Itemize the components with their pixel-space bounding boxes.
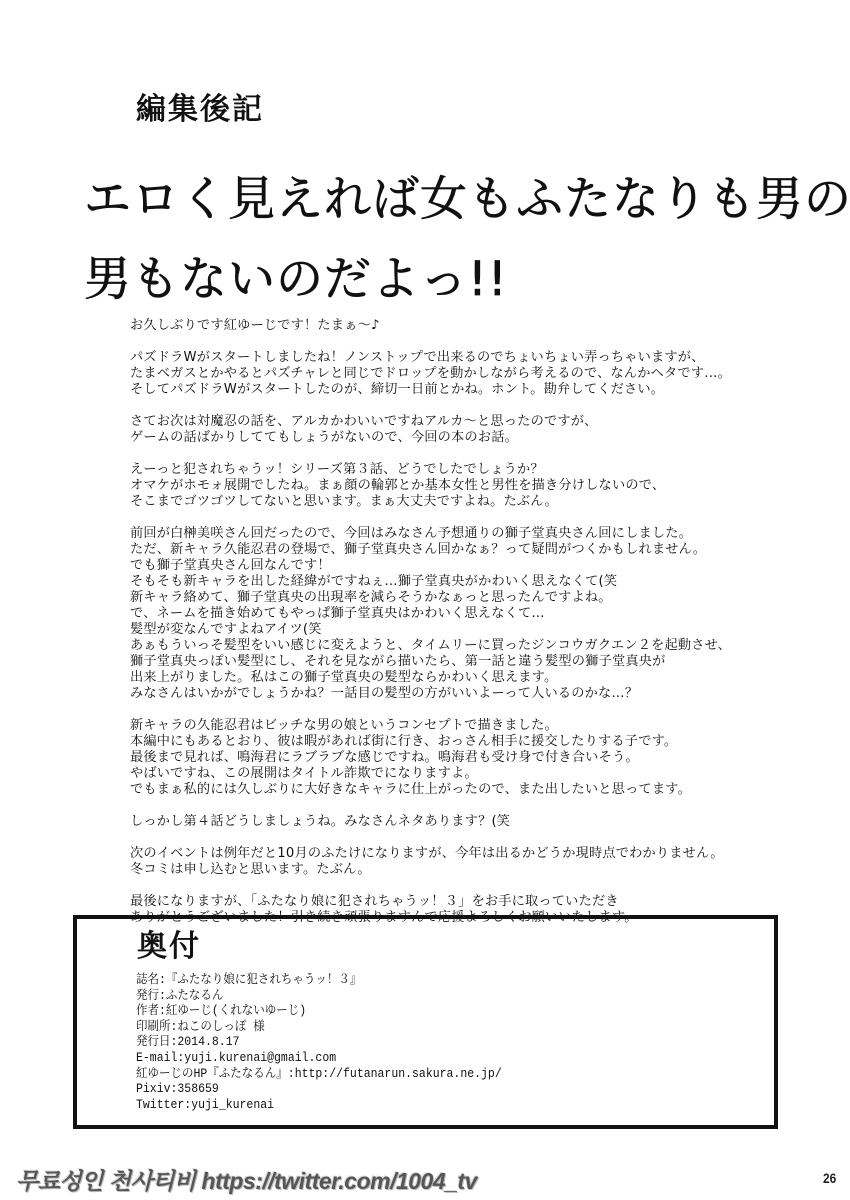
paragraph-new-character: 新キャラの久能忍君はビッチな男の娘というコンセプトで描きました。 本編中にもある… bbox=[130, 718, 810, 798]
text-line: さてお次は対魔忍の話を、アルカかわいいですねアルカ～と思ったのですが、 bbox=[130, 414, 810, 430]
afterword-heading: 編集後記 bbox=[136, 92, 264, 128]
text-line: やばいですね、この展開はタイトル詐欺でになりますよ。 bbox=[130, 766, 810, 782]
paragraph-event: 次のイベントは例年だと10月のふたけになりますが、今年は出るかどうか現時点でわか… bbox=[130, 846, 810, 878]
watermark-text: 무료성인 천사티비 https://twitter.com/1004_tv bbox=[16, 1163, 477, 1196]
text-line: お久しぶりです紅ゆーじです！たまぁ～♪ bbox=[130, 318, 810, 334]
afterword-body: お久しぶりです紅ゆーじです！たまぁ～♪ パズドラWがスタートしましたね！ノンスト… bbox=[130, 318, 810, 942]
text-line: ただ、新キャラ久能忍君の登場で、獅子堂真央さん回かなぁ？って疑問がつくかもしれま… bbox=[130, 542, 810, 558]
text-line: えーっと犯されちゃうッ！シリーズ第３話、どうでしたでしょうか？ bbox=[130, 462, 810, 478]
text-line: そしてパズドラWがスタートしたのが、締切一日前とかね。ホント。勘弁してください。 bbox=[130, 382, 810, 398]
text-line: そもそも新キャラを出した経緯がですねぇ…獅子堂真央がかわいく思えなくて(笑 bbox=[130, 574, 810, 590]
text-line: パズドラWがスタートしましたね！ノンストップで出来るのでちょいちょい弄っちゃいま… bbox=[130, 350, 810, 366]
text-line: たまベガスとかやるとパズチャレと同じでドロップを動かしながら考えるので、なんかヘ… bbox=[130, 366, 810, 382]
colophon-twitter: Twitter:yuji_kurenai bbox=[136, 1098, 502, 1114]
paragraph-character: 前回が白榊美咲さん回だったので、今回はみなさん予想通りの獅子堂真央さん回にしまし… bbox=[130, 526, 810, 702]
text-line: 獅子堂真央っぽい髪型にし、それを見ながら描いたら、第一話と違う髪型の獅子堂真央が bbox=[130, 654, 810, 670]
colophon-printer: 印刷所:ねこのしっぽ 様 bbox=[136, 1020, 502, 1036]
text-line: で、ネームを描き始めてもやっぱ獅子堂真央はかわいく思えなくて… bbox=[130, 606, 810, 622]
text-line: 最後まで見れば、鳴海君にラブラブな感じですね。鳴海君も受け身で付き合いそう。 bbox=[130, 750, 810, 766]
paragraph-puzdra: パズドラWがスタートしましたね！ノンストップで出来るのでちょいちょい弄っちゃいま… bbox=[130, 350, 810, 398]
text-line: ゲームの話ばかりしててもしょうがないので、今回の本のお話。 bbox=[130, 430, 810, 446]
headline-line-1: エロく見えれば女もふたなりも男の娘も bbox=[84, 160, 784, 240]
text-line: あぁもういっそ髪型をいい感じに変えようと、タイムリーに買ったジンコウガクエン２を… bbox=[130, 638, 810, 654]
text-line: 新キャラの久能忍君はビッチな男の娘というコンセプトで描きました。 bbox=[130, 718, 810, 734]
page-number: 26 bbox=[823, 1170, 836, 1186]
text-line: 髪型が変なんですよねアイツ(笑 bbox=[130, 622, 810, 638]
paragraph-taimanin: さてお次は対魔忍の話を、アルカかわいいですねアルカ～と思ったのですが、 ゲームの… bbox=[130, 414, 810, 446]
handwritten-headline: エロく見えれば女もふたなりも男の娘も 男もないのだよっ!! bbox=[84, 160, 784, 320]
headline-line-2: 男もないのだよっ!! bbox=[84, 240, 784, 320]
text-line: 出来上がりました。私はこの獅子堂真央の髪型ならかわいく思えます。 bbox=[130, 670, 810, 686]
text-line: 冬コミは申し込むと思います。たぶん。 bbox=[130, 862, 810, 878]
colophon-author: 作者:紅ゆーじ(くれないゆーじ) bbox=[136, 1004, 502, 1020]
paragraph-series: えーっと犯されちゃうッ！シリーズ第３話、どうでしたでしょうか？ オマケがホモォ展… bbox=[130, 462, 810, 510]
text-line: でもまぁ私的には久しぶりに大好きなキャラに仕上がったので、また出したいと思ってま… bbox=[130, 782, 810, 798]
text-line: しっかし第４話どうしましょうね。みなさんネタあります？(笑 bbox=[130, 814, 810, 830]
text-line: 本編中にもあるとおり、彼は暇があれば街に行き、おっさん相手に援交したりする子です… bbox=[130, 734, 810, 750]
paragraph-next-episode: しっかし第４話どうしましょうね。みなさんネタあります？(笑 bbox=[130, 814, 810, 830]
colophon-homepage: 紅ゆーじのHP『ふたなるん』:http://futanarun.sakura.n… bbox=[136, 1067, 502, 1083]
text-line: 前回が白榊美咲さん回だったので、今回はみなさん予想通りの獅子堂真央さん回にしまし… bbox=[130, 526, 810, 542]
colophon-publisher: 発行:ふたなるん bbox=[136, 989, 502, 1005]
paragraph-greeting: お久しぶりです紅ゆーじです！たまぁ～♪ bbox=[130, 318, 810, 334]
colophon-email: E-mail:yuji.kurenai@gmail.com bbox=[136, 1051, 502, 1067]
text-line: 最後になりますが、「ふたなり娘に犯されちゃうッ！３」をお手に取っていただき bbox=[130, 894, 810, 910]
colophon-title-line: 誌名:『ふたなり娘に犯されちゃうッ！３』 bbox=[136, 973, 502, 989]
text-line: そこまでゴツゴツしてないと思います。まぁ大丈夫ですよね。たぶん。 bbox=[130, 494, 810, 510]
text-line: でも獅子堂真央さん回なんです！ bbox=[130, 558, 810, 574]
text-line: みなさんはいかがでしょうかね？一話目の髪型の方がいいよーって人いるのかな…？ bbox=[130, 686, 810, 702]
colophon-title: 奥付 bbox=[137, 929, 201, 965]
text-line: オマケがホモォ展開でしたね。まぁ顔の輪郭とか基本女性と男性を描き分けしないので、 bbox=[130, 478, 810, 494]
colophon-box: 奥付 誌名:『ふたなり娘に犯されちゃうッ！３』 発行:ふたなるん 作者:紅ゆーじ… bbox=[73, 915, 778, 1129]
text-line: 次のイベントは例年だと10月のふたけになりますが、今年は出るかどうか現時点でわか… bbox=[130, 846, 810, 862]
colophon-details: 誌名:『ふたなり娘に犯されちゃうッ！３』 発行:ふたなるん 作者:紅ゆーじ(くれ… bbox=[136, 973, 502, 1113]
text-line: 新キャラ絡めて、獅子堂真央の出現率を減らそうかなぁっと思ったんですよね。 bbox=[130, 590, 810, 606]
colophon-date: 発行日:2014.8.17 bbox=[136, 1035, 502, 1051]
colophon-pixiv: Pixiv:358659 bbox=[136, 1082, 502, 1098]
